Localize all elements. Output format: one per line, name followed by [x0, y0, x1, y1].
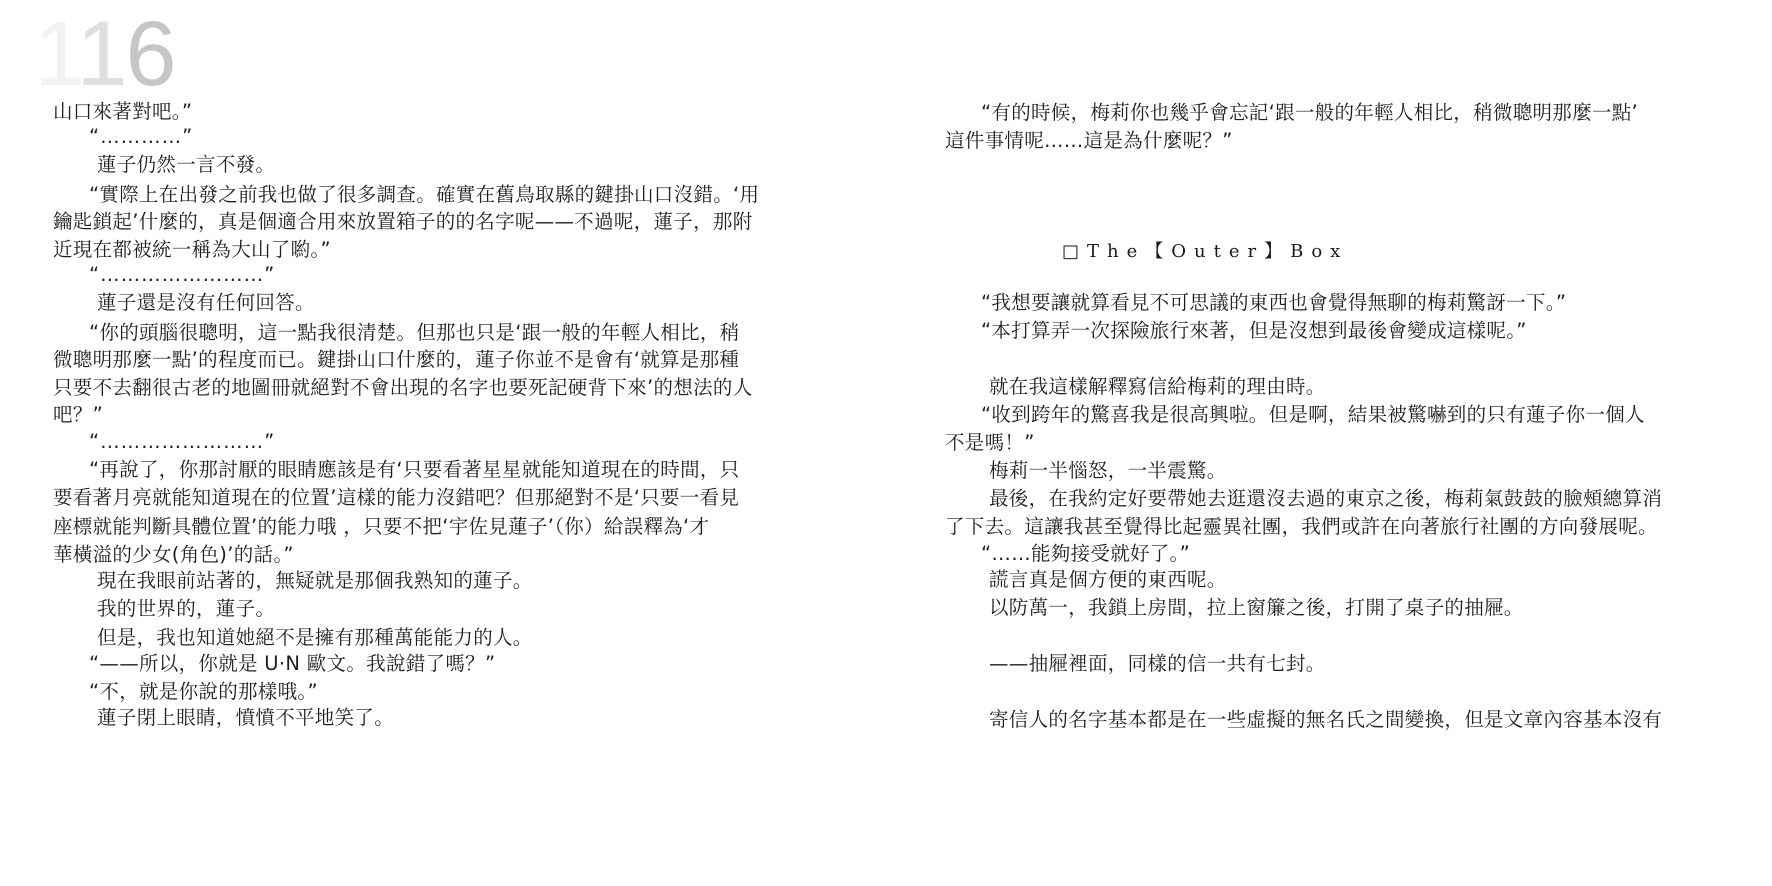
- page-number-digit: 1: [76, 3, 125, 105]
- text-line: 近現在都被統一稱為大山了喲。”: [53, 240, 331, 260]
- text-line: 山口來著對吧。”: [53, 102, 192, 122]
- page-number: 116: [34, 8, 175, 100]
- text-line: 謊言真是個方便的東西呢。: [989, 570, 1227, 590]
- section-heading-text: □The【Outer】Box: [1062, 241, 1348, 262]
- text-line: 微聰明那麼一點’的程度而已。鍵掛山口什麼的，蓮子你並不是會有‘就算是那種: [53, 350, 739, 370]
- page-number-digit: 1: [34, 3, 76, 105]
- text-line: “……能夠接受就好了。”: [981, 544, 1190, 564]
- text-line: 但是，我也知道她絕不是擁有那種萬能能力的人。: [97, 628, 533, 648]
- page-number-digit: 6: [126, 3, 175, 105]
- section-heading: □The【Outer】Box: [1062, 237, 1348, 263]
- text-line: 蓮子閉上眼睛，憤憤不平地笑了。: [97, 708, 394, 728]
- text-line: “……………………”: [89, 265, 275, 285]
- text-line: 寄信人的名字基本都是在一些虛擬的無名氏之間變換，但是文章內容基本沒有: [989, 710, 1662, 730]
- text-line: 要看著月亮就能知道現在的位置’這樣的能力沒錯吧？但那絕對不是‘只要一看見: [53, 488, 739, 508]
- text-line: “再說了，你那討厭的眼睛應該是有‘只要看著星星就能知道現在的時間，只: [89, 460, 740, 480]
- text-line: 華橫溢的少女(角色)’的話。”: [53, 545, 294, 565]
- text-line: 蓮子仍然一言不發。: [97, 155, 275, 175]
- text-line: “…………”: [89, 127, 193, 147]
- text-line: “收到跨年的驚喜我是很高興啦。但是啊，結果被驚嚇到的只有蓮子你一個人: [981, 405, 1645, 425]
- text-line: “實際上在出發之前我也做了很多調查。確實在舊鳥取縣的鍵掛山口沒錯。‘用: [89, 185, 759, 205]
- text-line: 梅莉一半惱怒，一半震驚。: [989, 461, 1227, 481]
- text-line: 座標就能判斷具體位置’的能力哦 ，只要不把‘宇佐見蓮子’（你）給誤釋為‘才: [53, 517, 709, 537]
- text-line: 吧？”: [53, 405, 103, 425]
- text-line: 就在我這樣解釋寫信給梅莉的理由時。: [989, 377, 1326, 397]
- text-line: 我的世界的，蓮子。: [97, 599, 275, 619]
- text-line: 最後，在我約定好要帶她去逛還沒去過的東京之後，梅莉氣鼓鼓的臉頰總算消: [989, 489, 1662, 509]
- text-line: 這件事情呢……這是為什麼呢？”: [945, 131, 1233, 151]
- text-line: “本打算弄一次探險旅行來著，但是沒想到最後會變成這樣呢。”: [981, 321, 1527, 341]
- text-line: 蓮子還是沒有任何回答。: [97, 293, 315, 313]
- text-line: “有的時候，梅莉你也幾乎會忘記‘跟一般的年輕人相比，稍微聰明那麼一點’: [981, 103, 1638, 123]
- text-line: 鑰匙鎖起’什麼的，真是個適合用來放置箱子的的名字呢——不過呢，蓮子，那附: [53, 212, 753, 232]
- text-line: 現在我眼前站著的，無疑就是那個我熟知的蓮子。: [97, 571, 533, 591]
- text-line: “……………………”: [89, 432, 275, 452]
- text-line: 只要不去翻很古老的地圖冊就絕對不會出現的名字也要死記硬背下來’的想法的人: [53, 378, 753, 398]
- text-line: 了下去。這讓我甚至覺得比起靈異社團，我們或許在向著旅行社團的方向發展呢。: [945, 517, 1658, 537]
- text-line: ——抽屜裡面，同樣的信一共有七封。: [989, 654, 1326, 674]
- text-line: 不是嗎！”: [945, 433, 1035, 453]
- text-line: “你的頭腦很聰明，這一點我很清楚。但那也只是‘跟一般的年輕人相比，稍: [89, 323, 740, 343]
- text-line: “——所以，你就是 U·N 歐文。我說錯了嗎？”: [89, 654, 495, 674]
- text-line: “我想要讓就算看見不可思議的東西也會覺得無聊的梅莉驚訝一下。”: [981, 293, 1566, 313]
- text-line: “不，就是你說的那樣哦。”: [89, 682, 318, 702]
- text-line: 以防萬一，我鎖上房間，拉上窗簾之後，打開了桌子的抽屜。: [989, 598, 1524, 618]
